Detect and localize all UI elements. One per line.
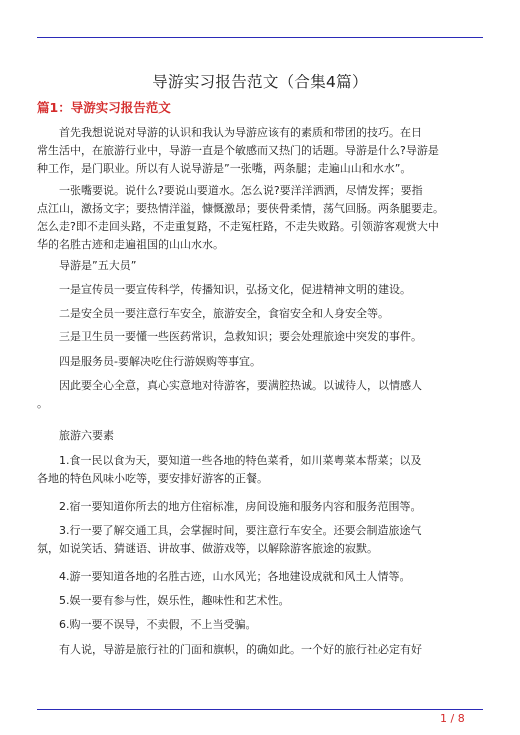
- page-indicator: 1 / 8: [440, 712, 465, 725]
- section-heading: 篇1：导游实习报告范文: [37, 98, 171, 116]
- paragraph: 一张嘴要说。说什么?要说山要道水。怎么说?要洋洋洒洒，尽情发挥；要指点江山，激扬…: [37, 182, 447, 254]
- paragraph: 因此要全心全意，真心实意地对待游客，要满腔热诚。以诚待人，以情感人。: [37, 377, 447, 413]
- document-title: 导游实习报告范文（合集4篇）: [0, 70, 520, 92]
- paragraph: 旅游六要素: [59, 427, 449, 445]
- header-rule: [37, 37, 483, 38]
- paragraph: 一是宣传员一要宣传科学，传播知识，弘扬文化，促进精神文明的建设。: [59, 281, 449, 299]
- paragraph: 首先我想说说对导游的认识和我认为导游应该有的素质和带团的技巧。在日常生活中，在旅…: [37, 124, 447, 178]
- paragraph: 5.娱一要有参与性，娱乐性，趣味性和艺术性。: [59, 592, 449, 610]
- paragraph: 三是卫生员一要懂一些医药常识，急救知识；要会处理旅途中突发的事件。: [59, 328, 449, 346]
- paragraph: 二是安全员一要注意行车安全，旅游安全，食宿安全和人身安全等。: [59, 305, 449, 323]
- paragraph: 四是服务员-要解决吃住行游娱购等事宜。: [59, 353, 449, 371]
- paragraph: 6.购一要不误导，不卖假，不上当受骗。: [59, 616, 449, 634]
- paragraph: 2.宿一要知道你所去的地方住宿标准，房间设施和服务内容和服务范围等。: [59, 498, 449, 516]
- paragraph: 导游是”五大员”: [59, 257, 449, 275]
- paragraph: 有人说，导游是旅行社的门面和旗帜，的确如此。一个好的旅行社必定有好: [59, 641, 449, 659]
- paragraph: 1.食一民以食为天，要知道一些各地的特色菜肴，如川菜粤菜本帮菜；以及各地的特色风…: [37, 452, 447, 488]
- paragraph: 4.游一要知道各地的名胜古迹，山水风光；各地建设成就和风土人情等。: [59, 568, 449, 586]
- paragraph: 3.行一要了解交通工具，会掌握时间，要注意行车安全。还要会制造旅途气氛，如说笑话…: [37, 522, 447, 558]
- footer-rule: [37, 709, 483, 710]
